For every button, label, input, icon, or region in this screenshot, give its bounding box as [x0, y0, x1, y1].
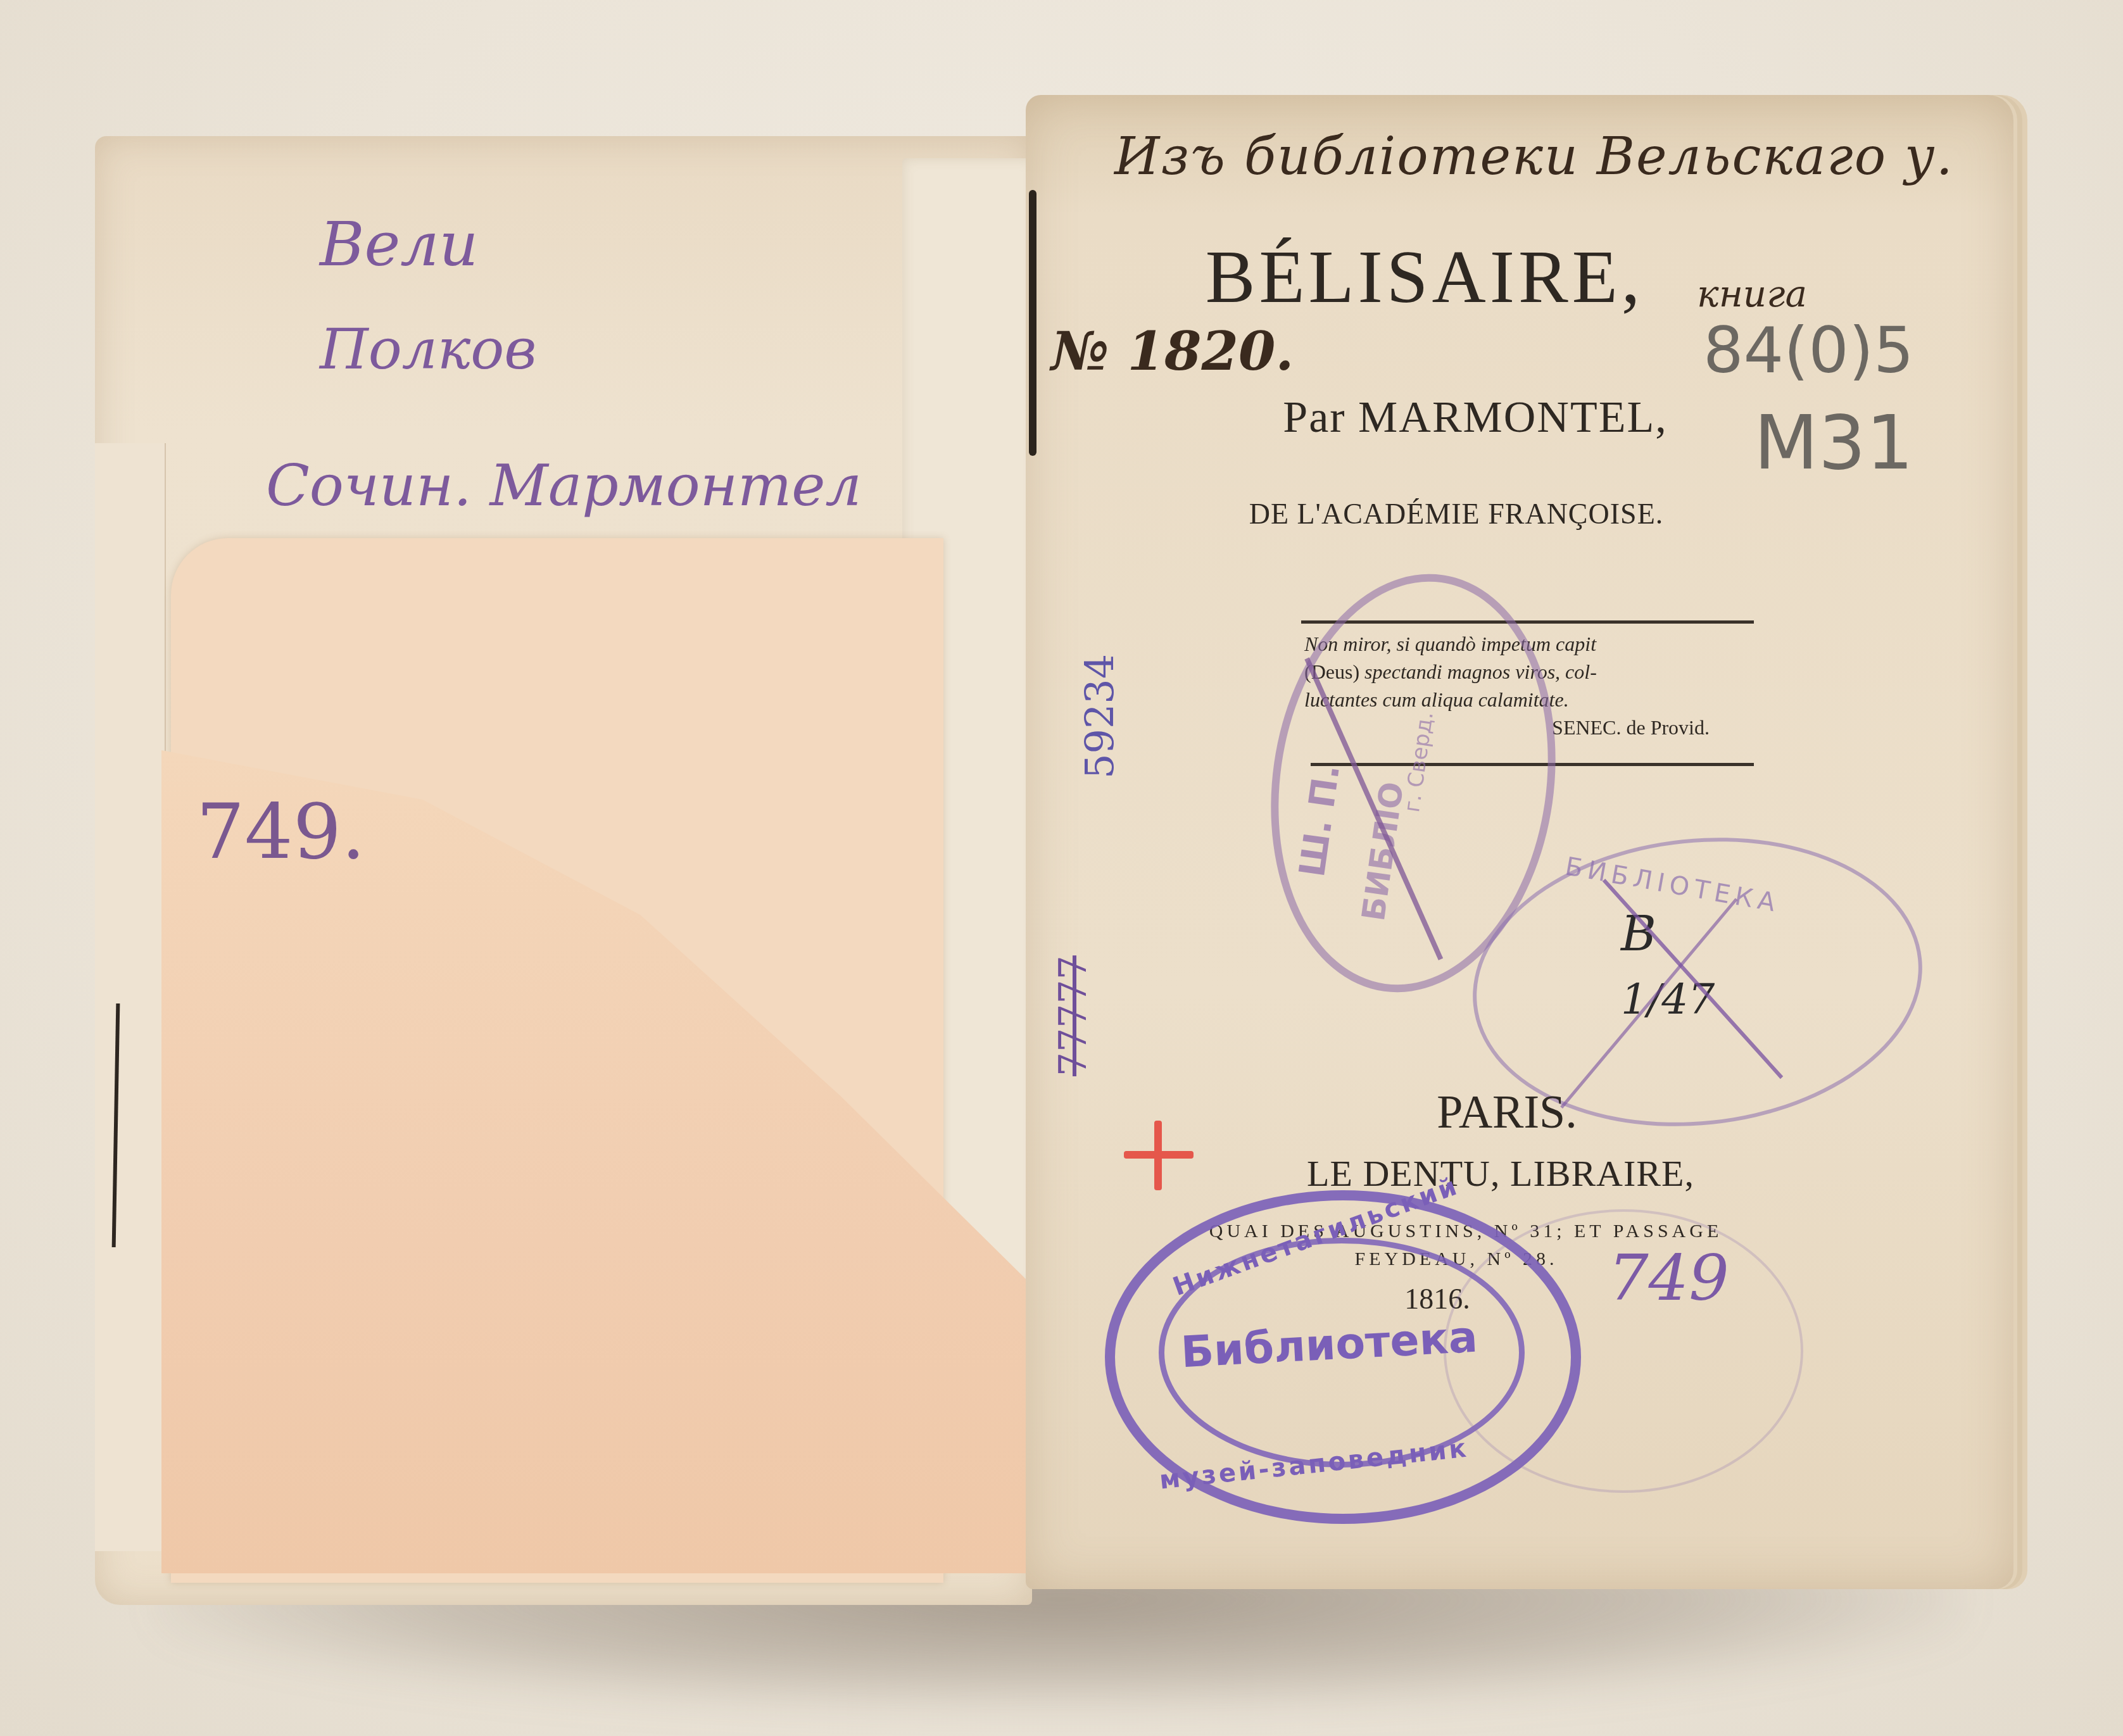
shelfmark-line1: 84(0)5	[1703, 313, 1914, 387]
imprint-place: PARIS.	[1349, 1086, 1665, 1140]
margin-strikethrough-number: 77777	[1051, 955, 1095, 1076]
faint-stamp	[1444, 1209, 1803, 1493]
pocket-number: 749.	[196, 788, 365, 876]
author-line: Par MARMONTEL,	[1190, 393, 1760, 443]
catalog-number: № 1820.	[1051, 320, 1294, 382]
book-title: BÉLISAIRE,	[1140, 234, 1710, 320]
left-inscription-line2: Полков	[320, 317, 537, 382]
shelfmark-line2: M31	[1754, 399, 1913, 486]
author-name: MARMONTEL,	[1358, 393, 1668, 442]
provenance-note: Изъ библiотеки Вельскаго у.	[1114, 127, 1954, 187]
publisher: LE DENTU, LIBRAIRE,	[1216, 1152, 1786, 1195]
left-inscription-line1: Вели	[320, 209, 478, 280]
red-pencil-cross	[1124, 1121, 1194, 1190]
title-annotation: книга	[1697, 272, 1807, 315]
margin-vertical-number: 59234	[1076, 654, 1123, 779]
affiliation: DE L'ACADÉMIE FRANÇOISE.	[1171, 497, 1741, 531]
left-inscription-line3: Сочин. Мармонтел	[266, 453, 862, 519]
binding-stub	[95, 443, 166, 1551]
gutter-shadow	[1029, 190, 1036, 456]
author-prefix: Par	[1283, 393, 1345, 442]
